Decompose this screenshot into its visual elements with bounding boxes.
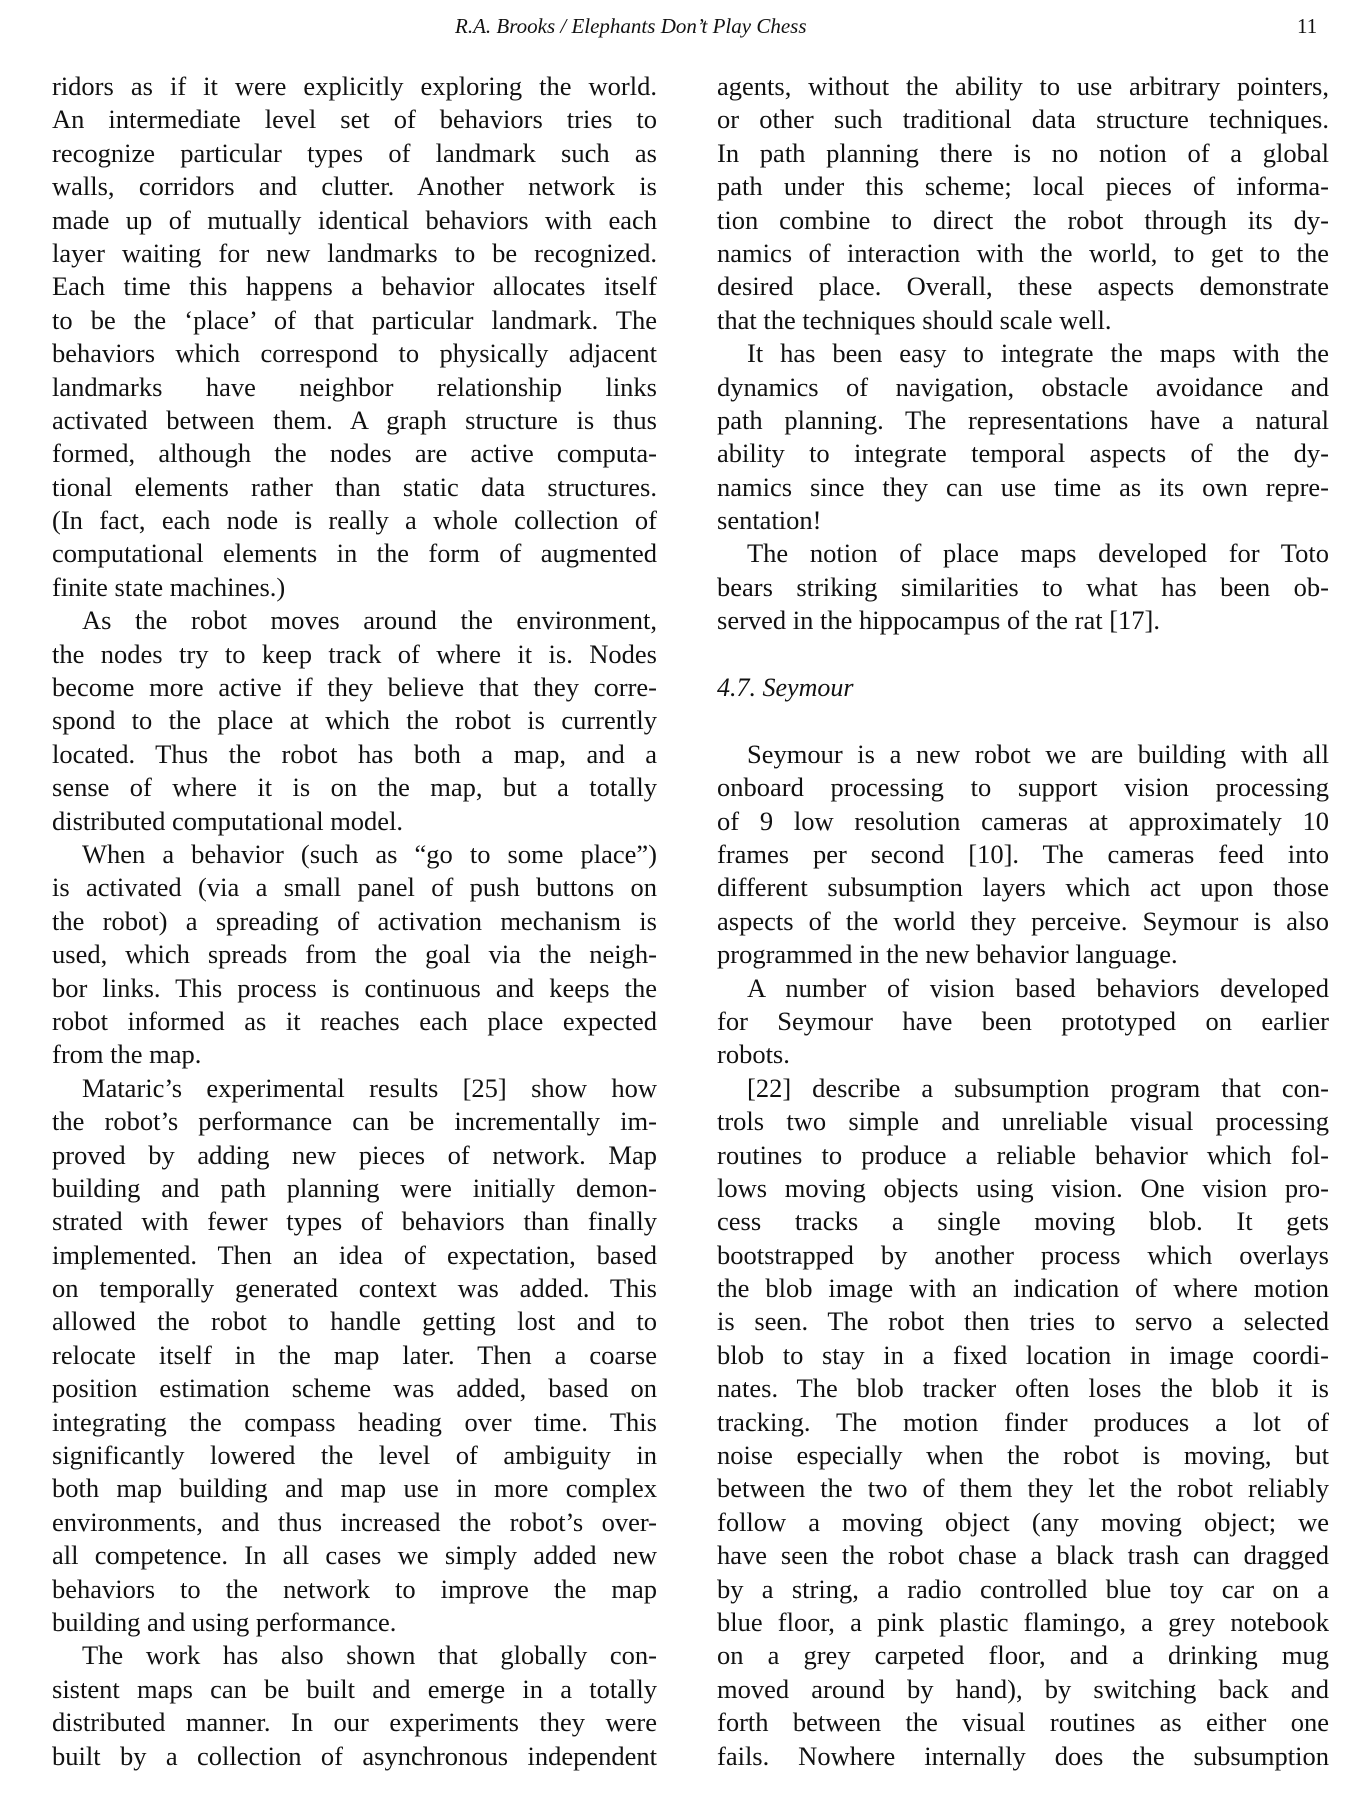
text-line: noise especially when the robot is movin… [717, 1439, 1329, 1472]
text-line: the robot’s performance can be increment… [52, 1105, 657, 1138]
text-line: building and using performance. [52, 1606, 657, 1639]
text-line: is activated (via a small panel of push … [52, 871, 657, 904]
text-line: distributed manner. In our experiments t… [52, 1706, 657, 1739]
text-line: located. Thus the robot has both a map, … [52, 738, 657, 771]
text-line: programmed in the new behavior language. [717, 938, 1329, 971]
text-line: blue floor, a pink plastic flamingo, a g… [717, 1606, 1329, 1639]
text-line: desired place. Overall, these aspects de… [717, 270, 1329, 303]
text-line: tracking. The motion finder produces a l… [717, 1406, 1329, 1439]
text-line: finite state machines.) [52, 571, 657, 604]
text-line: or other such traditional data structure… [717, 103, 1329, 136]
text-line: dynamics of navigation, obstacle avoidan… [717, 371, 1329, 404]
text-line: (In fact, each node is really a whole co… [52, 504, 657, 537]
text-line: the blob image with an indication of whe… [717, 1272, 1329, 1305]
left-column: ridors as if it were explicitly explorin… [52, 70, 657, 1773]
text-line: sistent maps can be built and emerge in … [52, 1673, 657, 1706]
text-line: trols two simple and unreliable visual p… [717, 1105, 1329, 1138]
text-line: strated with fewer types of behaviors th… [52, 1205, 657, 1238]
text-line: of 9 low resolution cameras at approxima… [717, 805, 1329, 838]
text-line: all competence. In all cases we simply a… [52, 1539, 657, 1572]
text-line: to be the ‘place’ of that particular lan… [52, 304, 657, 337]
text-line: blob to stay in a fixed location in imag… [717, 1339, 1329, 1372]
text-line: made up of mutually identical behaviors … [52, 204, 657, 237]
text-line: fails. Nowhere internally does the subsu… [717, 1740, 1329, 1773]
right-column: agents, without the ability to use arbit… [717, 70, 1329, 1773]
text-line: position estimation scheme was added, ba… [52, 1372, 657, 1405]
text-line: between the two of them they let the rob… [717, 1472, 1329, 1505]
text-line: routines to produce a reliable behavior … [717, 1139, 1329, 1172]
text-line: distributed computational model. [52, 805, 657, 838]
text-line: ridors as if it were explicitly explorin… [52, 70, 657, 103]
text-line: both map building and map use in more co… [52, 1472, 657, 1505]
text-line: An intermediate level set of behaviors t… [52, 103, 657, 136]
text-line: on temporally generated context was adde… [52, 1272, 657, 1305]
text-line: formed, although the nodes are active co… [52, 437, 657, 470]
text-line: activated between them. A graph structur… [52, 404, 657, 437]
text-line: recognize particular types of landmark s… [52, 137, 657, 170]
text-line: follow a moving object (any moving objec… [717, 1506, 1329, 1539]
text-line: have seen the robot chase a black trash … [717, 1539, 1329, 1572]
text-line: for Seymour have been prototyped on earl… [717, 1005, 1329, 1038]
text-line: built by a collection of asynchronous in… [52, 1740, 657, 1773]
text-line: tional elements rather than static data … [52, 471, 657, 504]
text-line: on a grey carpeted floor, and a drinking… [717, 1639, 1329, 1672]
text-line: sentation! [717, 504, 1329, 537]
text-line: In path planning there is no notion of a… [717, 137, 1329, 170]
text-line: tion combine to direct the robot through… [717, 204, 1329, 237]
text-line: served in the hippocampus of the rat [17… [717, 604, 1329, 637]
text-line: nates. The blob tracker often loses the … [717, 1372, 1329, 1405]
page-number: 11 [1297, 14, 1317, 39]
text-line: proved by adding new pieces of network. … [52, 1139, 657, 1172]
text-line: behaviors which correspond to physically… [52, 337, 657, 370]
text-line: robots. [717, 1038, 1329, 1071]
text-line: the nodes try to keep track of where it … [52, 638, 657, 671]
text-line: frames per second [10]. The cameras feed… [717, 838, 1329, 871]
text-line: [22] describe a subsumption program that… [717, 1072, 1329, 1105]
text-line: moved around by hand), by switching back… [717, 1673, 1329, 1706]
text-line: implemented. Then an idea of expectation… [52, 1239, 657, 1272]
text-line: allowed the robot to handle getting lost… [52, 1305, 657, 1338]
text-line: As the robot moves around the environmen… [52, 604, 657, 637]
text-line: path under this scheme; local pieces of … [717, 170, 1329, 203]
text-line: used, which spreads from the goal via th… [52, 938, 657, 971]
text-line: A number of vision based behaviors devel… [717, 972, 1329, 1005]
text-line: the robot) a spreading of activation mec… [52, 905, 657, 938]
text-line: is seen. The robot then tries to servo a… [717, 1305, 1329, 1338]
text-line: computational elements in the form of au… [52, 537, 657, 570]
text-line: building and path planning were initiall… [52, 1172, 657, 1205]
text-line: spond to the place at which the robot is… [52, 704, 657, 737]
text-line: path planning. The representations have … [717, 404, 1329, 437]
text-line: aspects of the world they perceive. Seym… [717, 905, 1329, 938]
text-line: The notion of place maps developed for T… [717, 537, 1329, 570]
text-line: integrating the compass heading over tim… [52, 1406, 657, 1439]
text-line: When a behavior (such as “go to some pla… [52, 838, 657, 871]
text-line: lows moving objects using vision. One vi… [717, 1172, 1329, 1205]
text-line: become more active if they believe that … [52, 671, 657, 704]
text-line: The work has also shown that globally co… [52, 1639, 657, 1672]
text-line: ability to integrate temporal aspects of… [717, 437, 1329, 470]
text-line: by a string, a radio controlled blue toy… [717, 1573, 1329, 1606]
text-line: sense of where it is on the map, but a t… [52, 771, 657, 804]
text-line: significantly lowered the level of ambig… [52, 1439, 657, 1472]
running-title: R.A. Brooks / Elephants Don’t Play Chess [455, 14, 807, 39]
text-line: walls, corridors and clutter. Another ne… [52, 170, 657, 203]
text-line: onboard processing to support vision pro… [717, 771, 1329, 804]
text-line: environments, and thus increased the rob… [52, 1506, 657, 1539]
text-line: Each time this happens a behavior alloca… [52, 270, 657, 303]
section-heading: 4.7. Seymour [717, 671, 1329, 704]
text-line: different subsumption layers which act u… [717, 871, 1329, 904]
text-line: bootstrapped by another process which ov… [717, 1239, 1329, 1272]
text-line: namics since they can use time as its ow… [717, 471, 1329, 504]
text-line: robot informed as it reaches each place … [52, 1005, 657, 1038]
text-line: cess tracks a single moving blob. It get… [717, 1205, 1329, 1238]
text-line: bears striking similarities to what has … [717, 571, 1329, 604]
text-line: agents, without the ability to use arbit… [717, 70, 1329, 103]
running-head: R.A. Brooks / Elephants Don’t Play Chess… [0, 14, 1350, 44]
text-line: Mataric’s experimental results [25] show… [52, 1072, 657, 1105]
text-line: layer waiting for new landmarks to be re… [52, 237, 657, 270]
text-line: bor links. This process is continuous an… [52, 972, 657, 1005]
text-line: that the techniques should scale well. [717, 304, 1329, 337]
text-line: from the map. [52, 1038, 657, 1071]
text-line: relocate itself in the map later. Then a… [52, 1339, 657, 1372]
text-line: Seymour is a new robot we are building w… [717, 738, 1329, 771]
text-line: namics of interaction with the world, to… [717, 237, 1329, 270]
text-line: landmarks have neighbor relationship lin… [52, 371, 657, 404]
text-line: forth between the visual routines as eit… [717, 1706, 1329, 1739]
text-line: It has been easy to integrate the maps w… [717, 337, 1329, 370]
text-line: behaviors to the network to improve the … [52, 1573, 657, 1606]
